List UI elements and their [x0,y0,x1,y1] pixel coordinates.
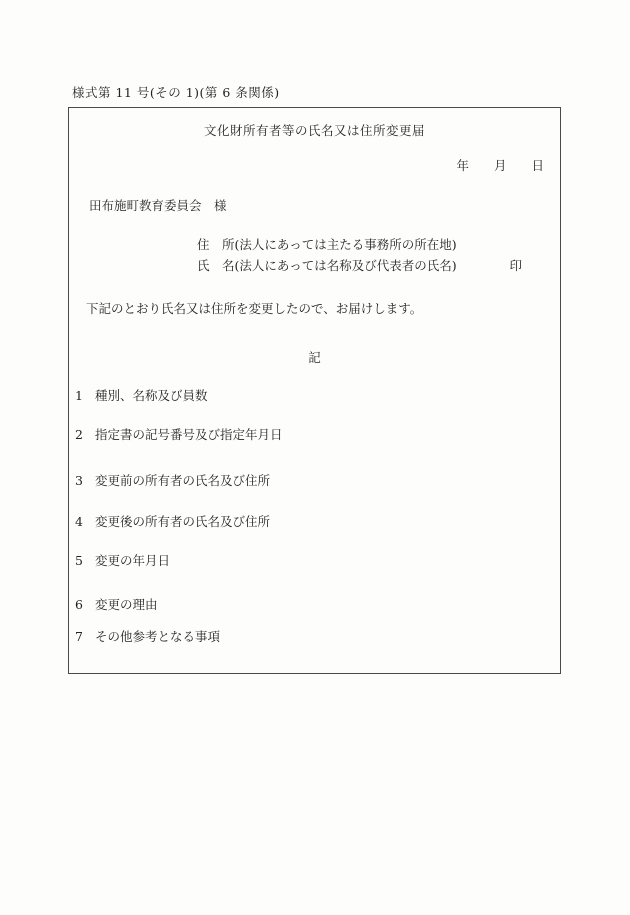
list-item: 2指定書の記号番号及び指定年月日 [75,428,283,442]
item-text: 種別、名称及び員数 [95,388,208,403]
form-title: 文化財所有者等の氏名又は住所変更届 [69,124,560,138]
seal-mark: 印 [509,259,522,273]
item-text: 変更の理由 [95,597,158,612]
item-text: その他参考となる事項 [95,629,220,644]
item-number: 4 [75,515,95,529]
list-item: 7その他参考となる事項 [75,630,220,644]
address-field-label: 住 所(法人にあっては主たる事務所の所在地) [197,238,457,252]
item-text: 変更前の所有者の氏名及び住所 [95,473,270,488]
form-number-label: 様式第 11 号(その 1)(第 6 条関係) [72,86,280,100]
item-number: 6 [75,598,95,612]
list-item: 6変更の理由 [75,598,158,612]
body-text: 下記のとおり氏名又は住所を変更したので、お届けします。 [86,302,422,316]
item-number: 5 [75,554,95,568]
list-item: 3変更前の所有者の氏名及び住所 [75,474,270,488]
form-border-box: 文化財所有者等の氏名又は住所変更届 年 月 日 田布施町教育委員会 様 住 所(… [68,107,561,674]
addressee-line: 田布施町教育委員会 様 [89,199,227,213]
item-number: 2 [75,428,95,442]
document-page: 様式第 11 号(その 1)(第 6 条関係) 文化財所有者等の氏名又は住所変更… [0,0,630,915]
record-heading: 記 [69,351,560,365]
list-item: 4変更後の所有者の氏名及び住所 [75,515,270,529]
item-number: 3 [75,474,95,488]
item-number: 7 [75,630,95,644]
list-item: 1種別、名称及び員数 [75,389,208,403]
item-text: 変更後の所有者の氏名及び住所 [95,514,270,529]
list-item: 5変更の年月日 [75,554,170,568]
name-field-label: 氏 名(法人にあっては名称及び代表者の氏名) [197,258,457,273]
item-number: 1 [75,389,95,403]
item-text: 変更の年月日 [95,553,170,568]
date-line: 年 月 日 [69,159,544,173]
name-field-row: 氏 名(法人にあっては名称及び代表者の氏名) 印 [69,259,560,273]
item-text: 指定書の記号番号及び指定年月日 [95,427,283,442]
